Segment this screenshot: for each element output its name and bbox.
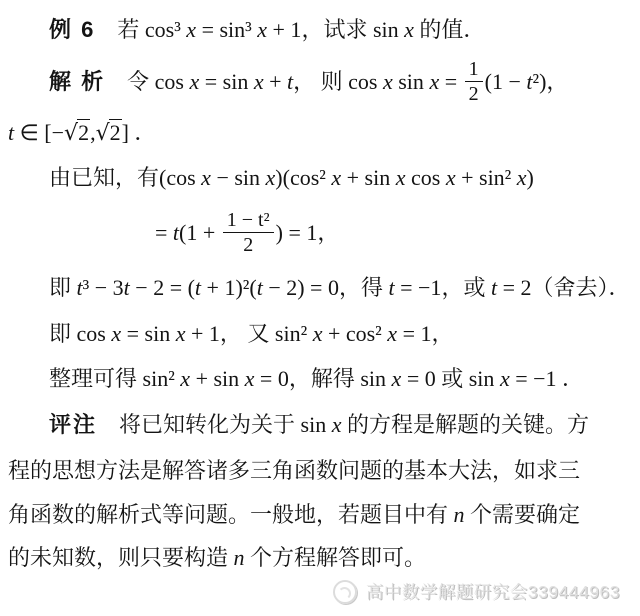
math-text: ²) [532,69,546,94]
solution-line-1: 解 析令 cos x = sin x + t， 则 cos x sin x = … [0,52,640,112]
chinese-text: 令 [127,69,155,94]
math-variable: x [404,17,414,42]
fraction-denominator: 2 [223,233,274,256]
solution-line-5: 即 cos x = sin x + 1， 又 sin² x + cos² x =… [0,312,640,356]
math-variable: x [201,165,211,190]
chinese-text: 整理可得 [49,366,143,391]
math-text: + sin² [456,165,517,190]
math-text: = sin [199,69,254,94]
math-text: + [264,69,287,94]
watermark-text: 高中数学解题研究会339444963 [366,579,620,604]
watermark: 高中数学解题研究会339444963 [333,579,620,604]
math-variable: x [331,165,341,190]
radicand: 2 [77,119,90,145]
solution-line-4: 即 t³ − 3t − 2 = (t + 1)²(t − 2) = 0，得 t … [0,264,640,312]
chinese-text: ，试求 [301,17,373,42]
math-variable: x [111,321,121,346]
chinese-text: 或 [441,366,469,391]
math-variable: x [429,69,439,94]
fraction: 12 [465,58,483,106]
math-variable: x [396,165,406,190]
math-text: )(cos² [275,165,331,190]
math-text: = 0 [401,366,441,391]
solution-line-3: 由已知，有(cos x − sin x)(cos² x + sin x cos … [0,154,640,202]
math-text: = 2 [497,275,531,300]
math-text: = [439,69,462,94]
math-text: + sin [341,165,396,190]
math-text: ∈ [− [14,120,64,145]
math-text: ) = 1 [276,220,318,245]
math-text: = 1 [397,321,431,346]
math-text: (1 + [179,220,221,245]
math-text: sin [360,366,391,391]
math-text: sin² [275,321,313,346]
math-text: + 1 [267,17,301,42]
math-variable: x [257,17,267,42]
math-text: − sin [211,165,266,190]
chinese-text: 即 [49,275,77,300]
sqrt-expression: √2 [64,120,90,145]
chinese-text: 若 [117,17,145,42]
chinese-text: ， [546,69,568,94]
math-text: sin [301,412,332,437]
math-text: = 0 [254,366,288,391]
math-text: sin [393,69,430,94]
math-variable: x [387,321,397,346]
math-text: = sin³ [196,17,257,42]
math-text: (cos [159,165,201,190]
chinese-text: 程的思想方法是解答诸多三角函数问题的基本大法，如求三 [8,458,580,483]
chinese-text: 个需要确定 [465,502,581,527]
math-text: ³ − 3 [83,275,124,300]
math-text: ] ． [122,120,157,145]
math-text: (1 − [485,69,527,94]
math-variable: x [254,69,264,94]
math-text: = [155,220,173,245]
chinese-text: ， 又 [220,321,275,346]
remark-line-3: 角函数的解析式等问题。一般地，若题目中有 n 个需要确定 [0,493,640,537]
chinese-text: 个方程解答即可。 [245,545,427,570]
math-variable: x [313,321,323,346]
math-text: sin [469,366,500,391]
math-variable: x [446,165,456,190]
math-text: cos [155,69,190,94]
document-body: 例 6若 cos³ x = sin³ x + 1，试求 sin x 的值．解 析… [0,0,640,579]
math-text: − 2 = ( [130,275,195,300]
solution-line-6: 整理可得 sin² x + sin x = 0，解得 sin x = 0 或 s… [0,356,640,402]
chinese-text: ． [557,366,585,391]
math-text: = sin [121,321,176,346]
math-text: = −1 [510,366,557,391]
math-variable: x [500,366,510,391]
radical-sign: √ [96,121,110,146]
watermark-logo-icon [333,580,357,604]
sqrt-expression: √2 [96,120,122,145]
section-label: 解 析 [49,69,105,94]
chinese-text: 角函数的解析式等问题。一般地，若题目中有 [8,502,454,527]
math-variable: x [517,165,527,190]
math-variable: n [234,545,245,570]
math-text: + 1)²( [201,275,257,300]
math-variable: x [186,17,196,42]
math-text: + sin [190,366,245,391]
math-text: + cos² [322,321,387,346]
fraction-numerator: 1 [465,58,483,82]
chinese-text: ， [317,220,339,245]
chinese-text: ， [431,321,453,346]
math-text: cos³ [145,17,186,42]
math-variable: x [180,366,190,391]
remark-line-1: 评注将已知转化为关于 sin x 的方程是解题的关键。方 [0,402,640,448]
solution-equation: = t(1 + 1 − t²2) = 1， [0,202,640,264]
chinese-text: （舍去）． [532,275,631,300]
chinese-text: 的方程是解题的关键。方 [341,412,589,437]
math-text: cos [77,321,112,346]
math-text: cos [406,165,446,190]
math-text: − 2) = 0 [263,275,339,300]
chinese-text: 的值． [414,17,486,42]
chinese-text: ，或 [441,275,491,300]
section-label: 例 6 [49,17,95,42]
chinese-text: ，解得 [289,366,361,391]
radicand: 2 [109,119,122,145]
radical-sign: √ [64,121,78,146]
page: { "page": { "background": "#ffffff", "te… [0,0,640,616]
remark-line-2: 程的思想方法是解答诸多三角函数问题的基本大法，如求三 [0,448,640,493]
math-variable: x [392,366,402,391]
chinese-text: 的未知数，则只要构造 [8,545,234,570]
math-variable: x [383,69,393,94]
chinese-text: 由已知，有 [49,165,159,190]
example-statement: 例 6若 cos³ x = sin³ x + 1，试求 sin x 的值． [0,8,640,52]
math-text: ) [527,165,534,190]
chinese-text: ，得 [339,275,389,300]
fraction-denominator: 2 [465,82,483,105]
math-text: cos [348,69,383,94]
math-variable: x [176,321,186,346]
solution-line-2: t ∈ [−√2,√2] ． [0,112,640,154]
chinese-text: ， 则 [293,69,348,94]
fraction-numerator: 1 − t² [223,209,274,233]
chinese-text: 即 [49,321,77,346]
math-variable: x [189,69,199,94]
math-variable: n [454,502,465,527]
math-variable: x [245,366,255,391]
math-text: sin² [143,366,181,391]
math-variable: x [266,165,276,190]
fraction: 1 − t²2 [223,209,274,257]
math-text: = −1 [395,275,442,300]
remark-line-4: 的未知数，则只要构造 n 个方程解答即可。 [0,537,640,579]
section-label: 评注 [49,412,97,437]
math-text: + 1 [185,321,219,346]
math-text: sin [373,17,404,42]
chinese-text: 将已知转化为关于 [119,412,301,437]
